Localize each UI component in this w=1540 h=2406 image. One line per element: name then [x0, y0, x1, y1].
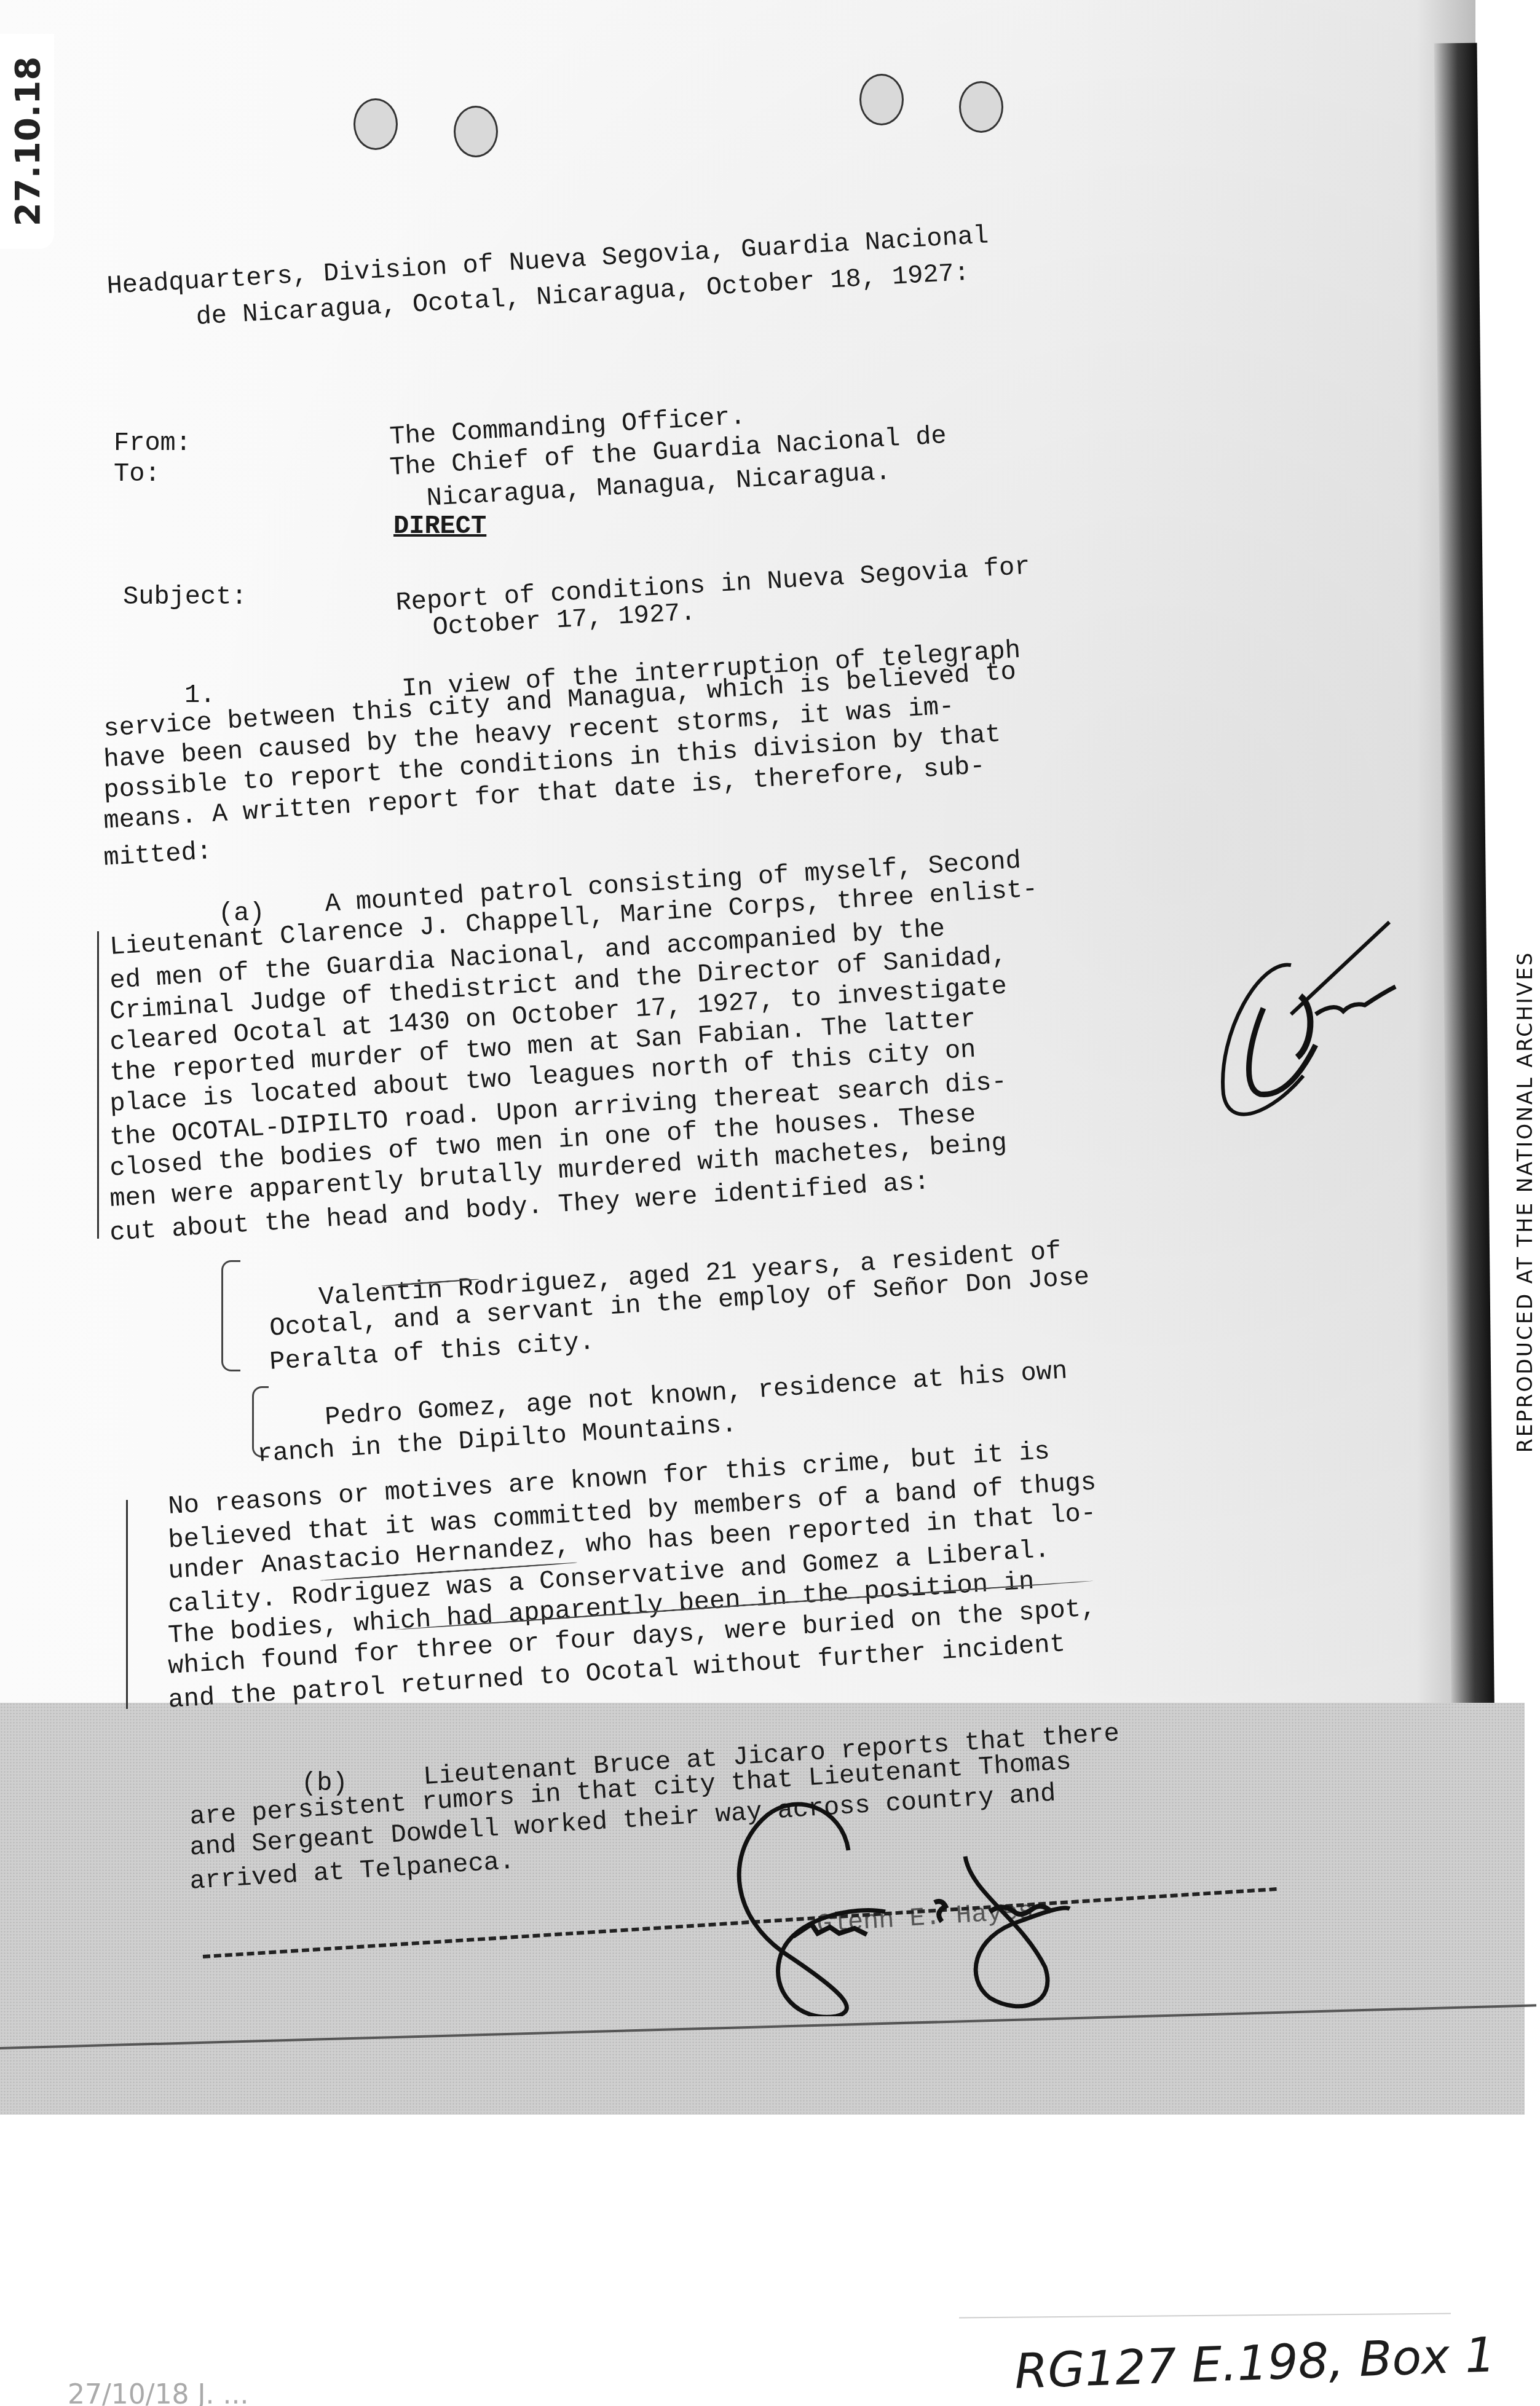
punch-hole-icon: [353, 98, 398, 150]
para1-number: 1.: [184, 682, 215, 708]
handwritten-signature-icon: [701, 1783, 1143, 2016]
routing-direct: DIRECT: [393, 513, 486, 539]
from-label: From:: [114, 430, 191, 456]
margin-initials-icon: [1205, 910, 1463, 1131]
date-stamp: 27.10.18: [0, 34, 54, 249]
subject-label: Subject:: [123, 584, 247, 610]
punch-hole-icon: [959, 81, 1003, 133]
reproduction-notice: REPRODUCED AT THE NATIONAL ARCHIVES: [1509, 879, 1540, 1524]
punch-hole-icon: [454, 106, 498, 157]
margin-bracket: [221, 1260, 240, 1371]
margin-mark: [97, 931, 99, 1239]
to-label: To:: [114, 461, 160, 487]
pencil-note: 27/10/18 J. ...: [68, 2379, 249, 2406]
punch-hole-icon: [859, 74, 904, 125]
divider: [959, 2313, 1451, 2319]
margin-mark: [126, 1500, 128, 1709]
para-a-label: (a): [218, 901, 265, 926]
record-reference: RG127 E.198, Box 1: [1014, 2327, 1496, 2399]
